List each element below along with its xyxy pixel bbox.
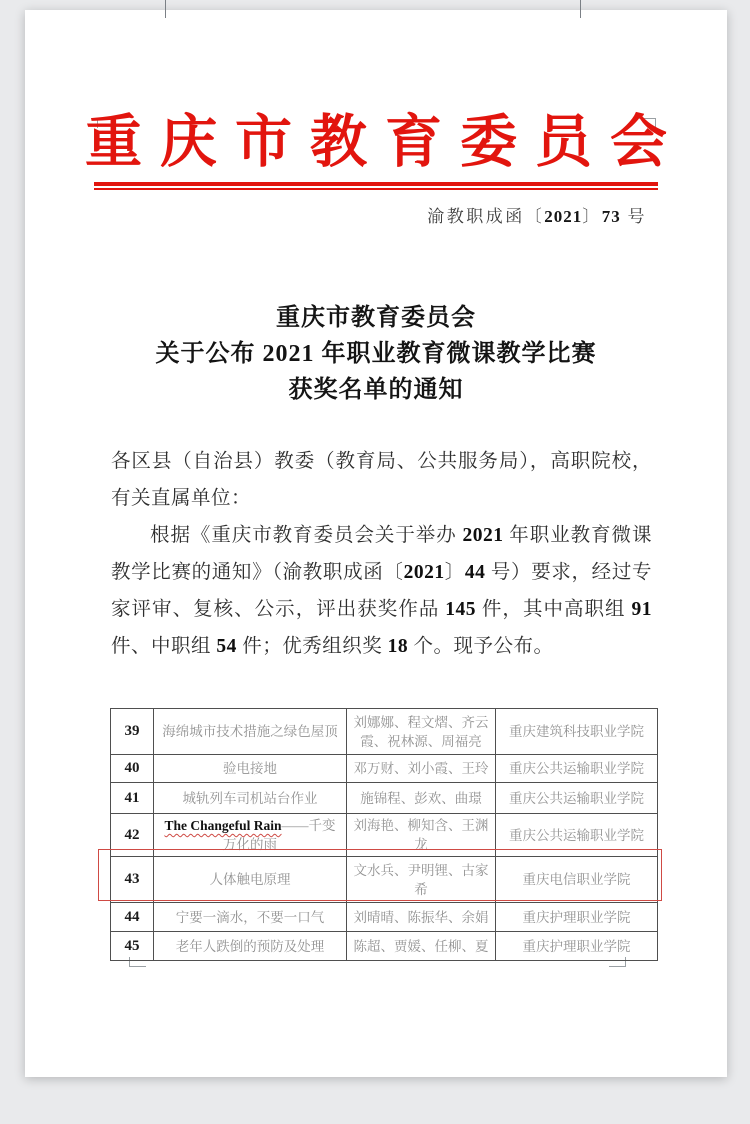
- text-run: 个。现予公布。: [408, 636, 553, 657]
- bold-number: 44: [465, 562, 486, 583]
- letterhead-divider-thin-line: [94, 188, 658, 190]
- document-viewer-background: { "page": { "colors": { "accent_red": "#…: [0, 0, 750, 1124]
- cell-work-title: 海绵城市技术措施之绿色屋顶: [154, 709, 347, 755]
- letterhead-divider-thick-line: [94, 182, 658, 186]
- notice-title: 重庆市教育委员会 关于公布 2021 年职业教育微课教学比赛 获奖名单的通知: [25, 300, 727, 408]
- table-row: 41城轨列车司机站台作业施锦程、彭欢、曲璟重庆公共运输职业学院: [111, 783, 658, 814]
- text-run: 号: [621, 207, 647, 226]
- cell-authors: 文水兵、尹明锂、古家希: [347, 857, 496, 903]
- text-run: 各区县（自治县）教委（教育局、公共服务局），高职院校，有关直属单位：: [111, 451, 652, 509]
- salutation-paragraph: 各区县（自治县）教委（教育局、公共服务局），高职院校，有关直属单位：: [111, 443, 652, 517]
- letterhead-agency-title: 重庆市教育委员会: [25, 96, 727, 178]
- document-page: 重庆市教育委员会 渝教职成函〔2021〕73 号 重庆市教育委员会 关于公布 2…: [25, 10, 727, 1077]
- cell-authors: 刘娜娜、程文熠、齐云霞、祝林源、周福亮: [347, 709, 496, 755]
- text-run: 件，其中高职组: [476, 599, 631, 620]
- cell-school: 重庆护理职业学院: [496, 932, 658, 961]
- bold-number: 2021: [544, 207, 582, 226]
- cell-entry-number: 43: [111, 857, 154, 903]
- table-row: 44宁要一滴水，不要一口气刘晴晴、陈振华、余娟重庆护理职业学院: [111, 903, 658, 932]
- award-winners-table: 39海绵城市技术措施之绿色屋顶刘娜娜、程文熠、齐云霞、祝林源、周福亮重庆建筑科技…: [110, 708, 658, 961]
- document-number: 渝教职成函〔2021〕73 号: [427, 202, 647, 227]
- table-row: 43人体触电原理文水兵、尹明锂、古家希重庆电信职业学院: [111, 857, 658, 903]
- cell-work-title: 宁要一滴水，不要一口气: [154, 903, 347, 932]
- work-title-english: The Changeful Rain: [164, 818, 281, 833]
- top-margin-tick-right: [580, 0, 581, 18]
- notice-body: 各区县（自治县）教委（教育局、公共服务局），高职院校，有关直属单位： 根据《重庆…: [111, 443, 652, 665]
- text-run: 件、中职组: [111, 636, 216, 657]
- cell-school: 重庆电信职业学院: [496, 857, 658, 903]
- cell-entry-number: 44: [111, 903, 154, 932]
- cell-authors: 刘海艳、柳知含、王渊龙: [347, 814, 496, 857]
- cell-work-title: 城轨列车司机站台作业: [154, 783, 347, 814]
- letterhead-divider: [94, 182, 658, 190]
- cell-school: 重庆公共运输职业学院: [496, 814, 658, 857]
- top-margin-tick-left: [165, 0, 166, 18]
- bold-number: 2021: [404, 562, 445, 583]
- bold-number: 73: [602, 207, 621, 226]
- text-run: 〕: [445, 562, 465, 583]
- cell-work-title: The Changeful Rain——千变万化的雨: [154, 814, 347, 857]
- notice-title-line-3: 获奖名单的通知: [25, 372, 727, 408]
- cell-entry-number: 40: [111, 755, 154, 783]
- cell-authors: 施锦程、彭欢、曲璟: [347, 783, 496, 814]
- bold-number: 2021: [462, 525, 503, 546]
- cell-entry-number: 42: [111, 814, 154, 857]
- bold-number: 91: [631, 599, 652, 620]
- cell-authors: 陈超、贾媛、任柳、夏: [347, 932, 496, 961]
- bold-number: 18: [388, 636, 409, 657]
- cell-entry-number: 45: [111, 932, 154, 961]
- table-row: 39海绵城市技术措施之绿色屋顶刘娜娜、程文熠、齐云霞、祝林源、周福亮重庆建筑科技…: [111, 709, 658, 755]
- cell-school: 重庆公共运输职业学院: [496, 755, 658, 783]
- notice-title-line-2: 关于公布 2021 年职业教育微课教学比赛: [25, 336, 727, 372]
- cell-work-title: 老年人跌倒的预防及处理: [154, 932, 347, 961]
- table-row: 40验电接地邓万财、刘小霞、王玲重庆公共运输职业学院: [111, 755, 658, 783]
- text-run: 渝教职成函〔: [427, 207, 544, 226]
- text-run: 根据《重庆市教育委员会关于举办: [150, 525, 462, 546]
- cell-authors: 刘晴晴、陈振华、余娟: [347, 903, 496, 932]
- cell-work-title: 人体触电原理: [154, 857, 347, 903]
- awards-table-body: 39海绵城市技术措施之绿色屋顶刘娜娜、程文熠、齐云霞、祝林源、周福亮重庆建筑科技…: [111, 709, 658, 961]
- cell-entry-number: 41: [111, 783, 154, 814]
- table-row: 45老年人跌倒的预防及处理陈超、贾媛、任柳、夏重庆护理职业学院: [111, 932, 658, 961]
- cell-school: 重庆公共运输职业学院: [496, 783, 658, 814]
- main-paragraph: 根据《重庆市教育委员会关于举办 2021 年职业教育微课教学比赛的通知》（渝教职…: [111, 517, 652, 665]
- text-run: 〕: [582, 207, 602, 226]
- cell-authors: 邓万财、刘小霞、王玲: [347, 755, 496, 783]
- notice-title-line-1: 重庆市教育委员会: [25, 300, 727, 336]
- bold-number: 54: [216, 636, 237, 657]
- table-row: 42The Changeful Rain——千变万化的雨刘海艳、柳知含、王渊龙重…: [111, 814, 658, 857]
- cell-school: 重庆护理职业学院: [496, 903, 658, 932]
- text-run: 件；优秀组织奖: [237, 636, 388, 657]
- cell-work-title: 验电接地: [154, 755, 347, 783]
- bold-number: 145: [445, 599, 476, 620]
- cell-entry-number: 39: [111, 709, 154, 755]
- cell-school: 重庆建筑科技职业学院: [496, 709, 658, 755]
